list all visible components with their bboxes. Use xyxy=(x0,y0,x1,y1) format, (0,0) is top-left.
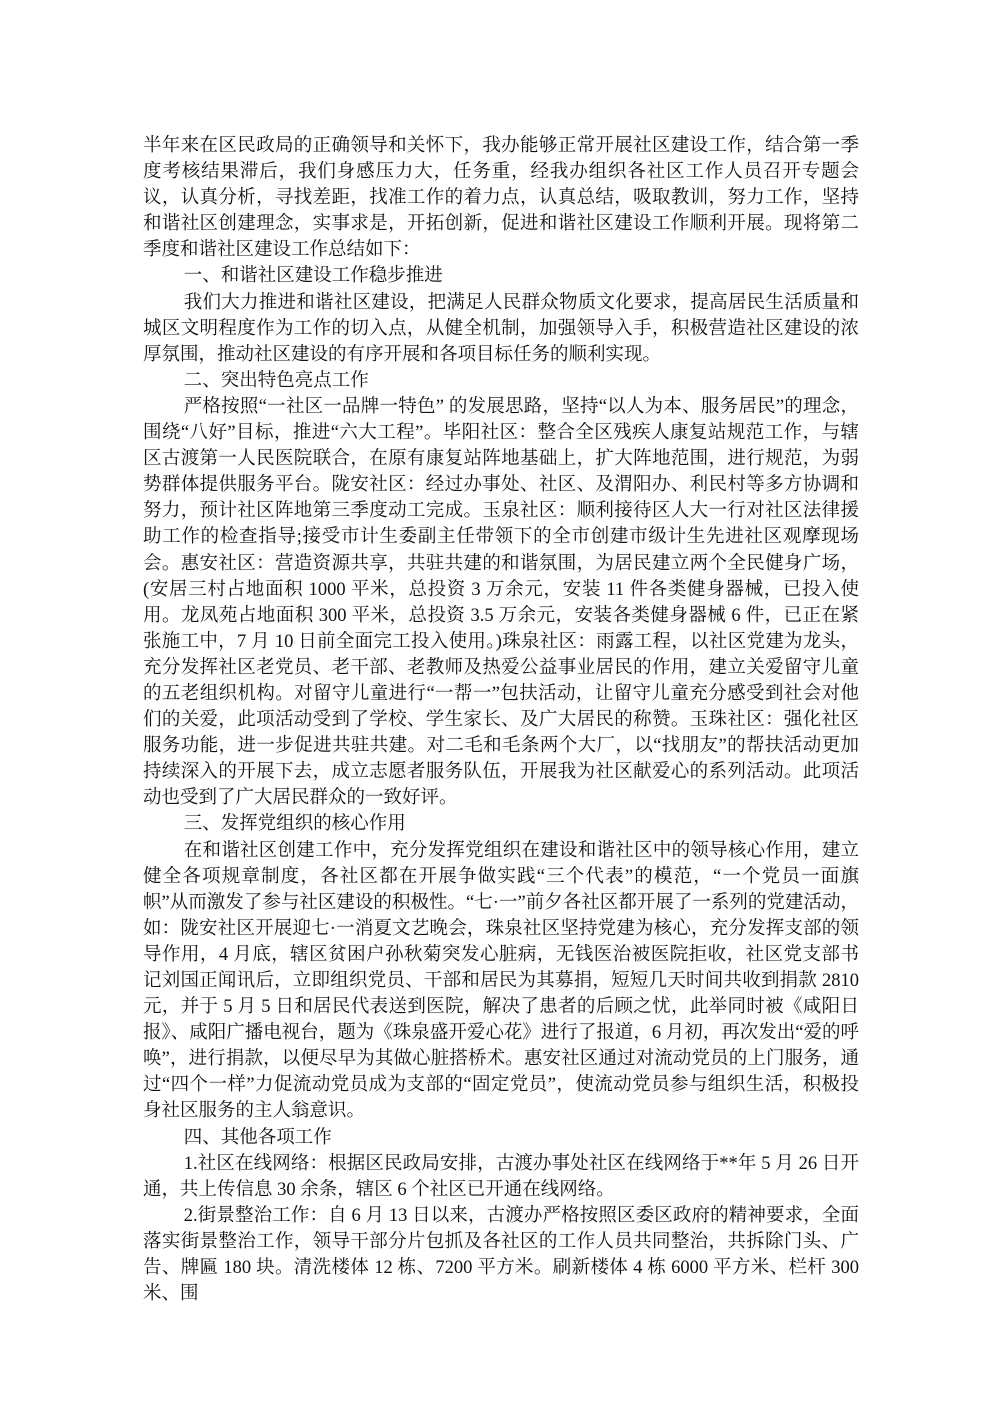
heading-section-1: 一、和谐社区建设工作稳步推进 xyxy=(143,263,859,289)
paragraph-section-1: 我们大力推进和谐社区建设，把满足人民群众物质文化要求，提高居民生活质量和城区文明… xyxy=(143,290,859,368)
document-page: 半年来在区民政局的正确领导和关怀下，我办能够正常开展社区建设工作，结合第一季度考… xyxy=(143,133,859,1307)
heading-section-3: 三、发挥党组织的核心作用 xyxy=(143,811,859,837)
paragraph-section-4-item-2: 2.街景整治工作：自 6 月 13 日以来，古渡办严格按照区委区政府的精神要求，… xyxy=(143,1203,859,1307)
paragraph-section-4-item-1: 1.社区在线网络：根据区民政局安排，古渡办事处社区在线网络于**年 5 月 26… xyxy=(143,1151,859,1203)
heading-section-4: 四、其他各项工作 xyxy=(143,1125,859,1151)
heading-section-2: 二、突出特色亮点工作 xyxy=(143,368,859,394)
paragraph-intro: 半年来在区民政局的正确领导和关怀下，我办能够正常开展社区建设工作，结合第一季度考… xyxy=(143,133,859,263)
paragraph-section-3: 在和谐社区创建工作中，充分发挥党组织在建设和谐社区中的领导核心作用，建立健全各项… xyxy=(143,838,859,1125)
paragraph-section-2: 严格按照“一社区一品牌一特色” 的发展思路，坚持“以人为本、服务居民”的理念，围… xyxy=(143,394,859,812)
